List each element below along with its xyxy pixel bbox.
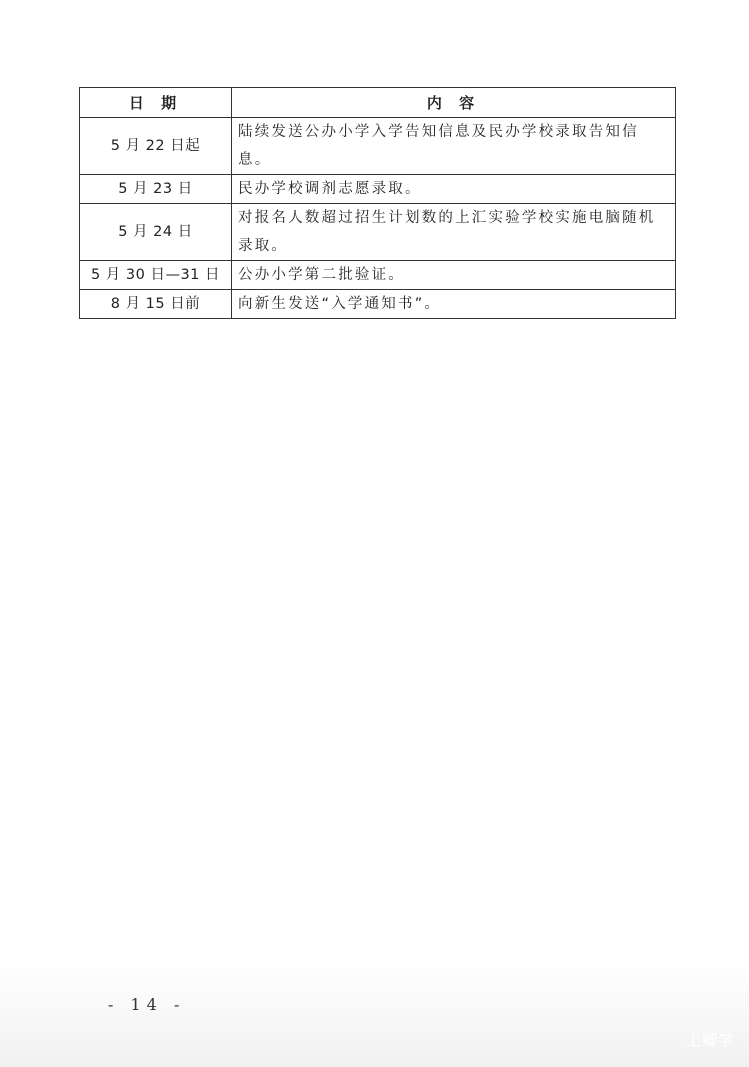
header-content: 内 容 (232, 88, 676, 118)
table-row: 5 月 24 日 对报名人数超过招生计划数的上汇实验学校实施电脑随机录取。 (80, 204, 676, 261)
row-content: 对报名人数超过招生计划数的上汇实验学校实施电脑随机录取。 (232, 204, 676, 261)
row-date: 8 月 15 日前 (80, 290, 232, 319)
row-date: 5 月 23 日 (80, 175, 232, 204)
table-row: 5 月 22 日起 陆续发送公办小学入学告知信息及民办学校录取告知信息。 (80, 118, 676, 175)
table-row: 8 月 15 日前 向新生发送“入学通知书”。 (80, 290, 676, 319)
watermark: 上卿学 (686, 1029, 734, 1050)
table-row: 5 月 30 日—31 日 公办小学第二批验证。 (80, 261, 676, 290)
row-date: 5 月 24 日 (80, 204, 232, 261)
row-content: 民办学校调剂志愿录取。 (232, 175, 676, 204)
header-date: 日 期 (80, 88, 232, 118)
row-content: 公办小学第二批验证。 (232, 261, 676, 290)
page-number: - 14 - (108, 995, 185, 1014)
document-page: 日 期 内 容 5 月 22 日起 陆续发送公办小学入学告知信息及民办学校录取告… (0, 0, 749, 1067)
row-content: 向新生发送“入学通知书”。 (232, 290, 676, 319)
row-date: 5 月 22 日起 (80, 118, 232, 175)
table-row: 5 月 23 日 民办学校调剂志愿录取。 (80, 175, 676, 204)
table-header-row: 日 期 内 容 (80, 88, 676, 118)
enrollment-schedule-table: 日 期 内 容 5 月 22 日起 陆续发送公办小学入学告知信息及民办学校录取告… (79, 87, 676, 319)
row-date: 5 月 30 日—31 日 (80, 261, 232, 290)
row-content: 陆续发送公办小学入学告知信息及民办学校录取告知信息。 (232, 118, 676, 175)
